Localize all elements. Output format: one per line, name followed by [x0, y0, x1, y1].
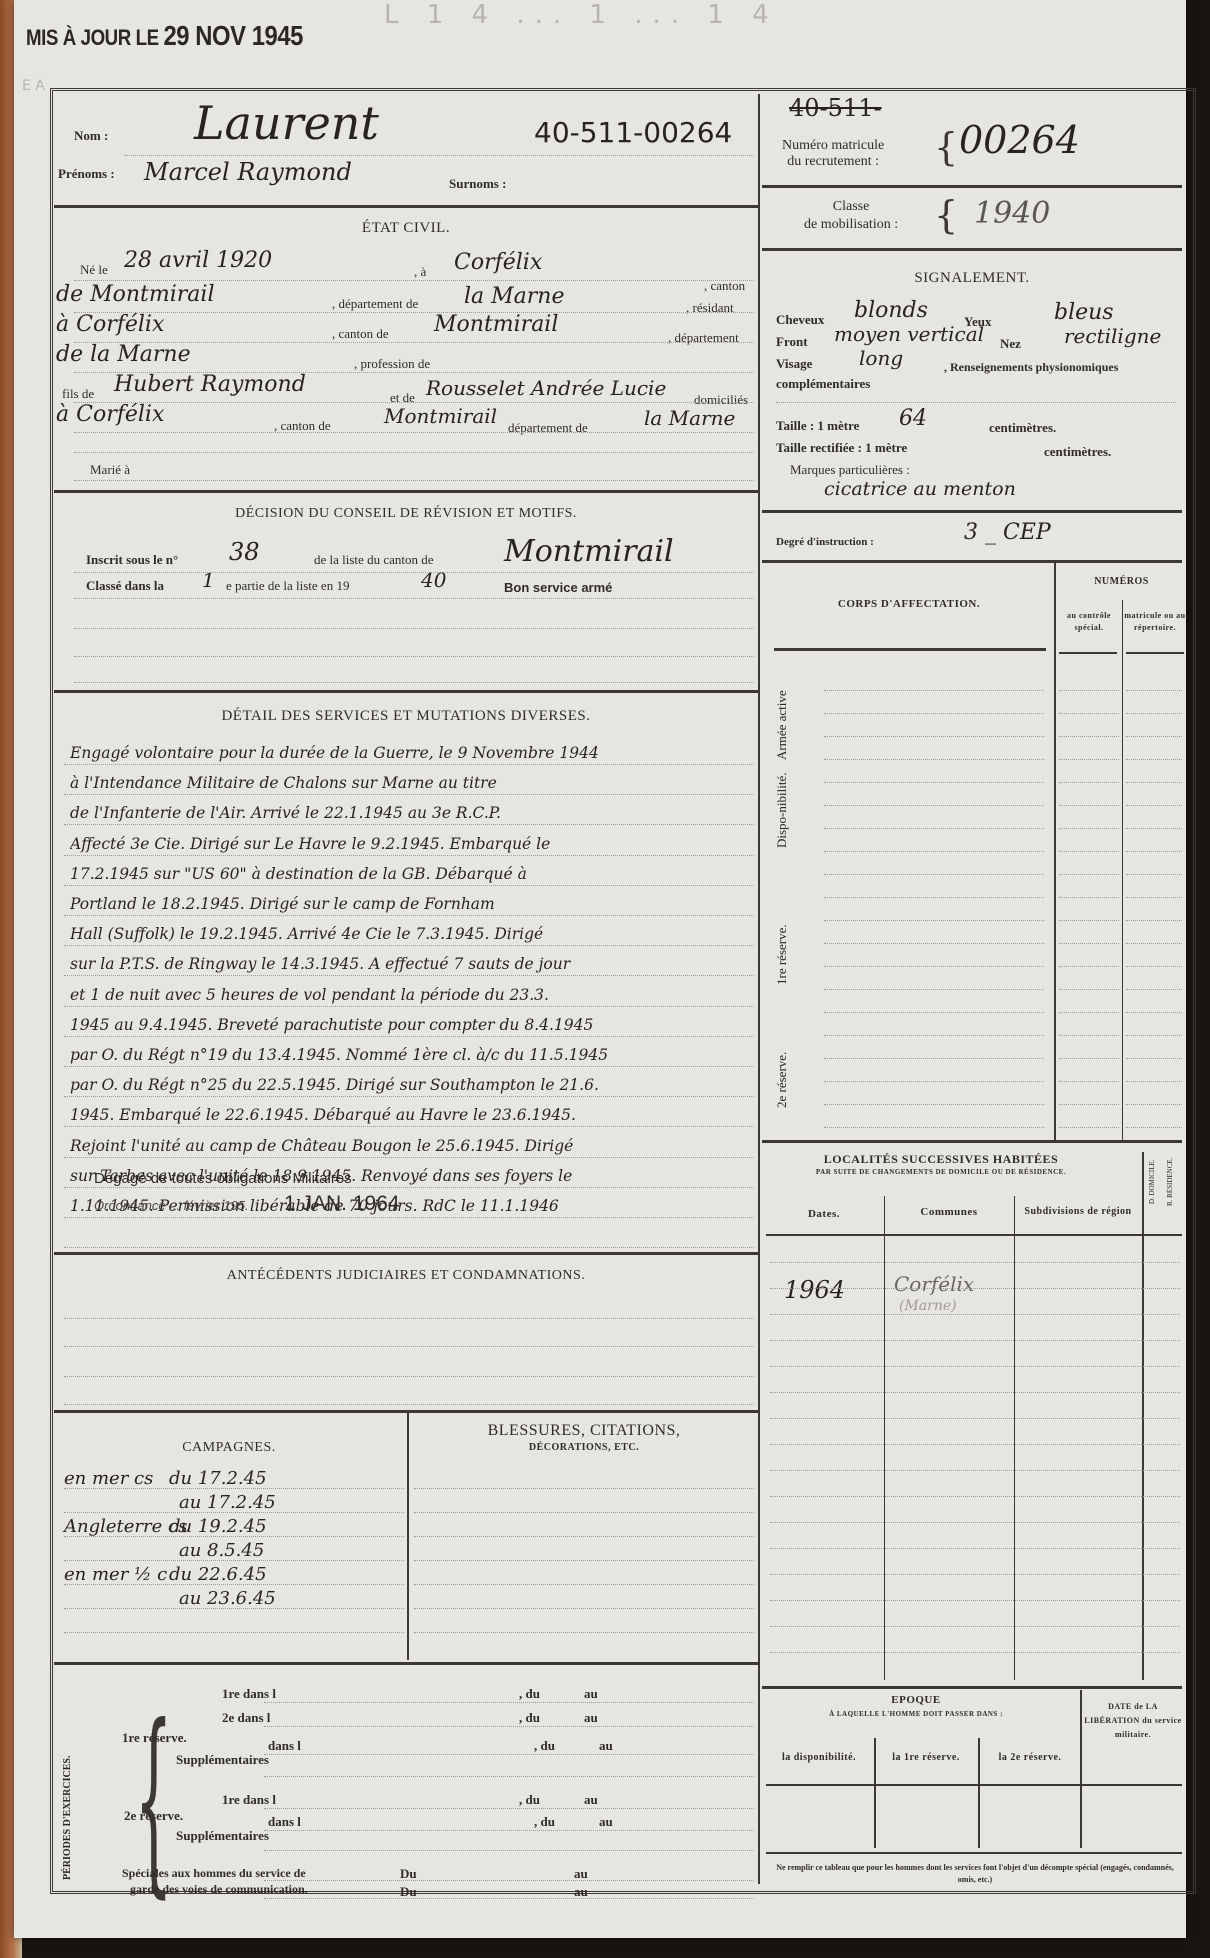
ruled-line	[64, 1096, 754, 1097]
antecedents-title: ANTÉCÉDENTS JUDICIAIRES ET CONDAMNATIONS…	[54, 1268, 758, 1284]
residant-label: , résidant	[686, 300, 734, 316]
departement2-label: , département	[668, 330, 739, 346]
ruled-line	[1126, 713, 1182, 714]
departement3-label: département de	[508, 420, 588, 436]
col-1re-reserve: la 1re réserve.	[876, 1752, 976, 1763]
periode-du-au-label: au	[584, 1792, 598, 1808]
prenoms-label: Prénoms :	[58, 166, 115, 182]
ne-le-value: 28 avril 1920	[124, 248, 272, 273]
ruled-line	[1126, 897, 1182, 898]
periode-supp-dans-1: dans l	[268, 1738, 301, 1754]
divider	[54, 1662, 758, 1665]
col-dates: Dates.	[766, 1208, 882, 1220]
pere-value: Hubert Raymond	[114, 372, 306, 397]
ruled-line	[64, 1404, 754, 1405]
ruled-line	[264, 1850, 754, 1851]
ruled-line	[1126, 1127, 1182, 1128]
renseignements-label: , Renseignements physionomiques	[944, 360, 1118, 375]
ruled-line	[1059, 828, 1119, 829]
ruled-line	[824, 713, 1044, 714]
yeux-value: bleus	[1054, 300, 1114, 325]
conseil-canton-value: Montmirail	[504, 534, 674, 569]
periode-du-au-label: au	[584, 1686, 598, 1702]
surnoms-label: Surnoms :	[449, 176, 506, 192]
marques-label: Marques particulières :	[790, 462, 910, 478]
ruled-line	[1126, 828, 1182, 829]
ruled-line	[1126, 989, 1182, 990]
ruled-line	[824, 736, 1044, 737]
ruled-line	[74, 572, 754, 573]
ruled-line	[414, 1488, 754, 1489]
ruled-line	[1059, 1127, 1119, 1128]
blessures-subtitle: DÉCORATIONS, ETC.	[410, 1442, 758, 1453]
departement-label: , département de	[332, 296, 418, 312]
inscrit-value: 38	[229, 538, 260, 566]
matricule-prefix-overwrite: 40-511-	[789, 94, 882, 122]
ruled-line	[824, 943, 1044, 944]
ruled-line	[1059, 989, 1119, 990]
ruled-line	[414, 1608, 754, 1609]
bon-service-stamp: Bon service armé	[504, 580, 612, 595]
update-stamp: MIS À JOUR LE 29 NOV 1945	[26, 20, 303, 52]
ruled-line	[414, 1584, 754, 1585]
degre-instruction-label: Degré d'instruction :	[776, 536, 874, 548]
ruled-line	[64, 1247, 754, 1248]
taille-rectifiee-label: Taille rectifiée : 1 mètre	[776, 440, 907, 456]
ruled-line	[264, 1754, 754, 1755]
departement-value: la Marne	[464, 284, 565, 309]
ruled-line	[74, 656, 754, 657]
ruled-line	[1126, 1081, 1182, 1082]
nez-label: Nez	[1000, 336, 1021, 352]
prenoms-value: Marcel Raymond	[144, 158, 352, 186]
ruled-line	[64, 1318, 754, 1319]
faint-bleedthrough: L 1 4 ... 1 ... 1 4	[384, 0, 779, 30]
centimetres-label: centimètres.	[989, 420, 1056, 436]
ruled-line	[824, 1058, 1044, 1059]
classe-label: Classe de mobilisation :	[804, 198, 898, 234]
ruled-line	[74, 682, 754, 683]
campagnes-title: CAMPAGNES.	[54, 1440, 404, 1456]
col-subdivisions: Subdivisions de région	[1016, 1206, 1140, 1217]
ruled-line	[74, 628, 754, 629]
ruled-line	[1059, 1035, 1119, 1036]
col-date-liberation: DATE de LA LIBÉRATION du service militai…	[1084, 1700, 1182, 1742]
ruled-line	[1059, 874, 1119, 875]
periode-du-au-label: au	[599, 1738, 613, 1754]
numeros-title: NUMÉROS	[1059, 576, 1184, 587]
col-residence: R. RÉSIDENCE.	[1166, 1152, 1174, 1212]
localite-commune: Corfélix	[894, 1272, 974, 1296]
ruled-line	[64, 915, 754, 916]
ruled-line	[64, 1584, 404, 1585]
ruled-line	[824, 1081, 1044, 1082]
ruled-line	[1126, 851, 1182, 852]
campagne-du: du 22.6.45	[169, 1564, 267, 1585]
col-controle-special: au contrôle spécial.	[1058, 610, 1120, 634]
campagne-au: au 8.5.45	[179, 1540, 264, 1561]
ruled-line	[1059, 966, 1119, 967]
ruled-line	[64, 1512, 404, 1513]
nom-label: Nom :	[74, 128, 108, 144]
ruled-line	[1059, 736, 1119, 737]
ruled-line	[414, 1560, 754, 1561]
divider	[762, 560, 1182, 563]
ruled-line	[1059, 805, 1119, 806]
canton-value: de Montmirail	[56, 282, 214, 307]
ruled-line	[64, 1036, 754, 1037]
ruled-line	[1126, 805, 1182, 806]
ruled-line	[64, 764, 754, 765]
ruled-line	[74, 402, 754, 403]
services-title: DÉTAIL DES SERVICES ET MUTATIONS DIVERSE…	[54, 708, 758, 725]
ruled-line	[770, 1366, 1180, 1367]
partie-label: e partie de la liste en 19	[226, 578, 349, 594]
degre-instruction-value: 3 _ CEP	[964, 520, 1051, 545]
speciales-line2: garde des voies de communication.	[130, 1882, 308, 1897]
residant-value: à Corfélix	[56, 312, 164, 337]
divider	[762, 510, 1182, 513]
nez-value: rectiligne	[1064, 324, 1161, 348]
classe-dans-label: Classé dans la	[86, 578, 164, 594]
canton2-label: , canton de	[332, 326, 389, 342]
divider	[54, 490, 758, 493]
epoque-title: EPOQUE	[766, 1694, 1066, 1706]
divider	[766, 1784, 1182, 1786]
ruled-line	[64, 1488, 404, 1489]
ruled-line	[74, 598, 754, 599]
classe-label-line1: Classe	[804, 198, 898, 216]
a-label: , à	[414, 264, 426, 280]
ruled-line	[824, 828, 1044, 829]
ruled-line	[770, 1522, 1180, 1523]
ruled-line	[1126, 1058, 1182, 1059]
ruled-line	[64, 945, 754, 946]
visage-label: Visage	[776, 356, 812, 372]
ruled-line	[824, 920, 1044, 921]
ruled-line	[770, 1314, 1180, 1315]
nom-value: Laurent	[194, 96, 379, 150]
update-stamp-label: MIS À JOUR LE	[26, 25, 159, 50]
ruled-line	[1059, 920, 1119, 921]
ruled-line	[64, 1157, 754, 1158]
conseil-revision-title: DÉCISION DU CONSEIL DE RÉVISION ET MOTIF…	[54, 506, 758, 522]
ruled-line	[64, 794, 754, 795]
ruled-line	[64, 1608, 404, 1609]
ruled-line	[1059, 713, 1119, 714]
divider	[407, 1412, 409, 1660]
periode-du-au-label: , du	[519, 1792, 540, 1808]
periode-1re-dans-label: 1re dans l	[222, 1686, 276, 1702]
divider	[766, 1852, 1182, 1854]
ruled-line	[770, 1288, 1180, 1289]
ruled-line	[64, 1217, 754, 1218]
ruled-line	[1059, 851, 1119, 852]
ruled-line	[1059, 1104, 1119, 1105]
divider	[1126, 652, 1184, 654]
col-domicile: D. DOMICILE.	[1148, 1152, 1156, 1212]
divider	[1014, 1196, 1015, 1680]
matricule-label-line2: du recrutement :	[782, 154, 884, 170]
ruled-line	[1059, 690, 1119, 691]
marques-value: cicatrice au menton	[824, 478, 1016, 500]
brace-icon: {	[934, 128, 958, 166]
ruled-line	[824, 805, 1044, 806]
ruled-line	[64, 1126, 754, 1127]
birthplace-value: Corfélix	[454, 250, 542, 275]
periode-2e-reserve-1re-dans: 1re dans l	[222, 1792, 276, 1808]
periode-supp-label-1: Supplémentaires	[176, 1752, 269, 1768]
ruled-line	[264, 1776, 754, 1777]
marie-label: Marié à	[90, 462, 130, 478]
col-disponibilite: la disponibilité.	[766, 1752, 872, 1763]
campagne-place: en mer ½ c	[64, 1564, 167, 1585]
matricule-label-line1: Numéro matricule	[782, 138, 884, 154]
epoque-note: Ne remplir ce tableau que pour les homme…	[768, 1862, 1182, 1886]
ruled-line	[1126, 1035, 1182, 1036]
ruled-line	[824, 759, 1044, 760]
ruled-line	[64, 855, 754, 856]
ruled-line	[64, 824, 754, 825]
ruled-line	[770, 1600, 1180, 1601]
periodes-side-label: PÉRIODES D'EXERCICES.	[62, 1770, 73, 1880]
row-group-disponibilite: Dispo-nibilité.	[774, 770, 790, 850]
ruled-line	[1126, 782, 1182, 783]
ruled-line	[1126, 1104, 1182, 1105]
corps-affectation-title: CORPS D'AFFECTATION.	[774, 598, 1044, 610]
periode-2e-reserve-label: 2e réserve.	[124, 1808, 183, 1824]
profession-label: , profession de	[354, 356, 430, 372]
ruled-line	[770, 1418, 1180, 1419]
localites-title: LOCALITÉS SUCCESSIVES HABITÉES	[766, 1152, 1116, 1167]
matricule-label: Numéro matricule du recrutement :	[782, 138, 884, 170]
periode-supp-label-2: Supplémentaires	[176, 1828, 269, 1844]
ordonnance-date-stamp: 1 JAN. 1964	[284, 1192, 400, 1216]
ruled-line	[414, 1632, 754, 1633]
cheveux-value: blonds	[854, 298, 928, 323]
ruled-line	[824, 851, 1044, 852]
ruled-line	[770, 1470, 1180, 1471]
campagne-du: du 19.2.45	[169, 1516, 267, 1537]
periode-du-au-label: , du	[519, 1710, 540, 1726]
ruled-line	[1126, 1012, 1182, 1013]
col-2e-reserve: la 2e réserve.	[980, 1752, 1080, 1763]
ruled-line	[1126, 966, 1182, 967]
centimetres-label-2: centimètres.	[1044, 444, 1111, 460]
ruled-line	[770, 1444, 1180, 1445]
signalement-title: SIGNALEMENT.	[762, 270, 1182, 287]
ruled-line	[770, 1626, 1180, 1627]
divider	[762, 1686, 1182, 1689]
ruled-line	[824, 1127, 1044, 1128]
divider	[762, 1140, 1182, 1143]
localites-subtitle: PAR SUITE DE CHANGEMENTS DE DOMICILE OU …	[766, 1168, 1116, 1176]
degage-stamp: Dégagé de toutes obligations Militaires	[94, 1170, 352, 1187]
ruled-line	[64, 885, 754, 886]
ruled-line	[64, 975, 754, 976]
divider	[54, 690, 758, 693]
departement2-value: de la Marne	[56, 342, 191, 367]
canton2-value: Montmirail	[434, 312, 558, 337]
ruled-line	[264, 1808, 754, 1809]
inscrit-label: Inscrit sous le n°	[86, 552, 178, 568]
ruled-line	[824, 897, 1044, 898]
ruled-line	[770, 1340, 1180, 1341]
divider	[1080, 1690, 1082, 1848]
fils-de-label: fils de	[62, 386, 94, 402]
ruled-line	[74, 280, 754, 281]
ruled-line	[824, 690, 1044, 691]
ruled-line	[264, 1830, 754, 1831]
divider	[54, 1252, 758, 1255]
classe-value: 1940	[974, 196, 1050, 231]
ruled-line	[1126, 920, 1182, 921]
ruled-line	[264, 1898, 754, 1899]
periode-du-au-label: , du	[534, 1738, 555, 1754]
ruled-line	[824, 1035, 1044, 1036]
matricule-full-value: 40-511-00264	[534, 116, 732, 149]
epoque-subtitle: À LAQUELLE L'HOMME DOIT PASSER DANS :	[766, 1710, 1066, 1718]
front-label: Front	[776, 334, 808, 350]
ruled-line	[1059, 1058, 1119, 1059]
col-matricule-repertoire: matricule ou au répertoire.	[1124, 610, 1186, 634]
canton3-value: Montmirail	[384, 404, 497, 428]
matricule-value: 00264	[959, 118, 1080, 162]
ruled-line	[64, 1536, 404, 1537]
row-group-2e-reserve: 2e réserve.	[774, 1030, 790, 1130]
visage-value: long	[859, 346, 903, 370]
ruled-line	[74, 342, 754, 343]
divider	[884, 1196, 885, 1680]
ruled-line	[770, 1262, 1180, 1263]
ruled-line	[1126, 874, 1182, 875]
ruled-line	[264, 1880, 754, 1881]
ruled-line	[264, 1702, 754, 1703]
divider	[1122, 600, 1123, 1140]
ruled-line	[824, 874, 1044, 875]
liste-canton-label: de la liste du canton de	[314, 552, 434, 568]
registre-matricule-sheet: MIS À JOUR LE 29 NOV 1945 E A L 1 4 ... …	[14, 0, 1186, 1938]
ne-le-label: Né le	[80, 262, 108, 278]
ruled-line	[770, 1574, 1180, 1575]
periode-supp-dans-2: dans l	[268, 1814, 301, 1830]
front-value: moyen vertical	[834, 322, 984, 346]
ruled-line	[1059, 1081, 1119, 1082]
divider	[762, 185, 1182, 188]
ruled-line	[74, 432, 754, 433]
ruled-line	[1059, 759, 1119, 760]
divider	[766, 1234, 1182, 1236]
brace-icon: {	[934, 196, 958, 234]
faint-margin-mark: E A	[22, 78, 45, 94]
ruled-line	[824, 966, 1044, 967]
divider	[1054, 562, 1056, 1140]
periode-1re-reserve-label: 1re réserve.	[122, 1730, 187, 1746]
update-stamp-date: 29 NOV 1945	[163, 20, 303, 51]
localite-commune-note: (Marne)	[899, 1298, 957, 1314]
ruled-line	[264, 1726, 754, 1727]
blessures-title: BLESSURES, CITATIONS,	[410, 1422, 758, 1440]
cheveux-label: Cheveux	[776, 312, 824, 328]
ruled-line	[1059, 1012, 1119, 1013]
ruled-line	[64, 1006, 754, 1007]
nom-line	[124, 155, 754, 156]
periode-2e-dans-label: 2e dans l	[222, 1710, 270, 1726]
ruled-line	[1059, 943, 1119, 944]
periode-du-au-label: au	[584, 1710, 598, 1726]
etat-civil-title: ÉTAT CIVIL.	[54, 220, 758, 237]
ruled-line	[824, 989, 1044, 990]
speciales-line1: Spéciales aux hommes du service de	[122, 1866, 306, 1881]
ruled-line	[770, 1548, 1180, 1549]
ruled-line	[74, 480, 754, 481]
ruled-line	[74, 312, 754, 313]
ruled-line	[414, 1536, 754, 1537]
row-group-1re-reserve: 1re réserve.	[774, 880, 790, 1030]
periode-du-au-label: au	[599, 1814, 613, 1830]
classe-label-line2: de mobilisation :	[804, 216, 898, 234]
domicile-value: à Corfélix	[56, 402, 164, 427]
ruled-line	[64, 1346, 754, 1347]
ruled-line	[74, 372, 754, 373]
ruled-line	[824, 1012, 1044, 1013]
campagne-au: au 23.6.45	[179, 1588, 276, 1609]
services-text: Engagé volontaire pour la durée de la Gu…	[70, 738, 770, 1221]
departement3-value: la Marne	[644, 406, 735, 430]
ruled-line	[1126, 759, 1182, 760]
col-communes: Communes	[886, 1206, 1012, 1218]
ruled-line	[770, 1496, 1180, 1497]
ruled-line	[74, 452, 754, 453]
ruled-line	[770, 1652, 1180, 1653]
taille-value: 64	[899, 406, 927, 431]
ruled-line	[64, 1376, 754, 1377]
ruled-line	[414, 1512, 754, 1513]
periode-du-au-label: , du	[519, 1686, 540, 1702]
ruled-line	[824, 1104, 1044, 1105]
campagne-au: au 17.2.45	[179, 1492, 276, 1513]
periode-du-au-label: , du	[534, 1814, 555, 1830]
ruled-line	[1126, 736, 1182, 737]
divider	[54, 205, 758, 208]
ruled-line	[824, 782, 1044, 783]
signalement-line	[776, 402, 1176, 403]
campagne-place: en mer cs	[64, 1468, 153, 1489]
ordonnance-stamp: Ordonnance ... février 195.	[94, 1198, 249, 1213]
ruled-line	[64, 1066, 754, 1067]
taille-label: Taille : 1 mètre	[776, 418, 859, 434]
ruled-line	[64, 1560, 404, 1561]
mere-value: Rousselet Andrée Lucie	[426, 376, 666, 400]
ruled-line	[770, 1392, 1180, 1393]
ruled-line	[64, 1632, 404, 1633]
divider	[762, 248, 1182, 251]
ruled-line	[1059, 782, 1119, 783]
divider	[1059, 652, 1117, 654]
ruled-line	[1126, 943, 1182, 944]
ruled-line	[1126, 690, 1182, 691]
campagne-du: du 17.2.45	[169, 1468, 267, 1489]
localite-date: 1964	[784, 1276, 845, 1304]
row-group-armee-active: Armée active	[774, 690, 790, 760]
divider	[54, 1410, 758, 1413]
divider	[774, 648, 1046, 651]
ruled-line	[1059, 897, 1119, 898]
complementaires-label: complémentaires	[776, 376, 870, 392]
